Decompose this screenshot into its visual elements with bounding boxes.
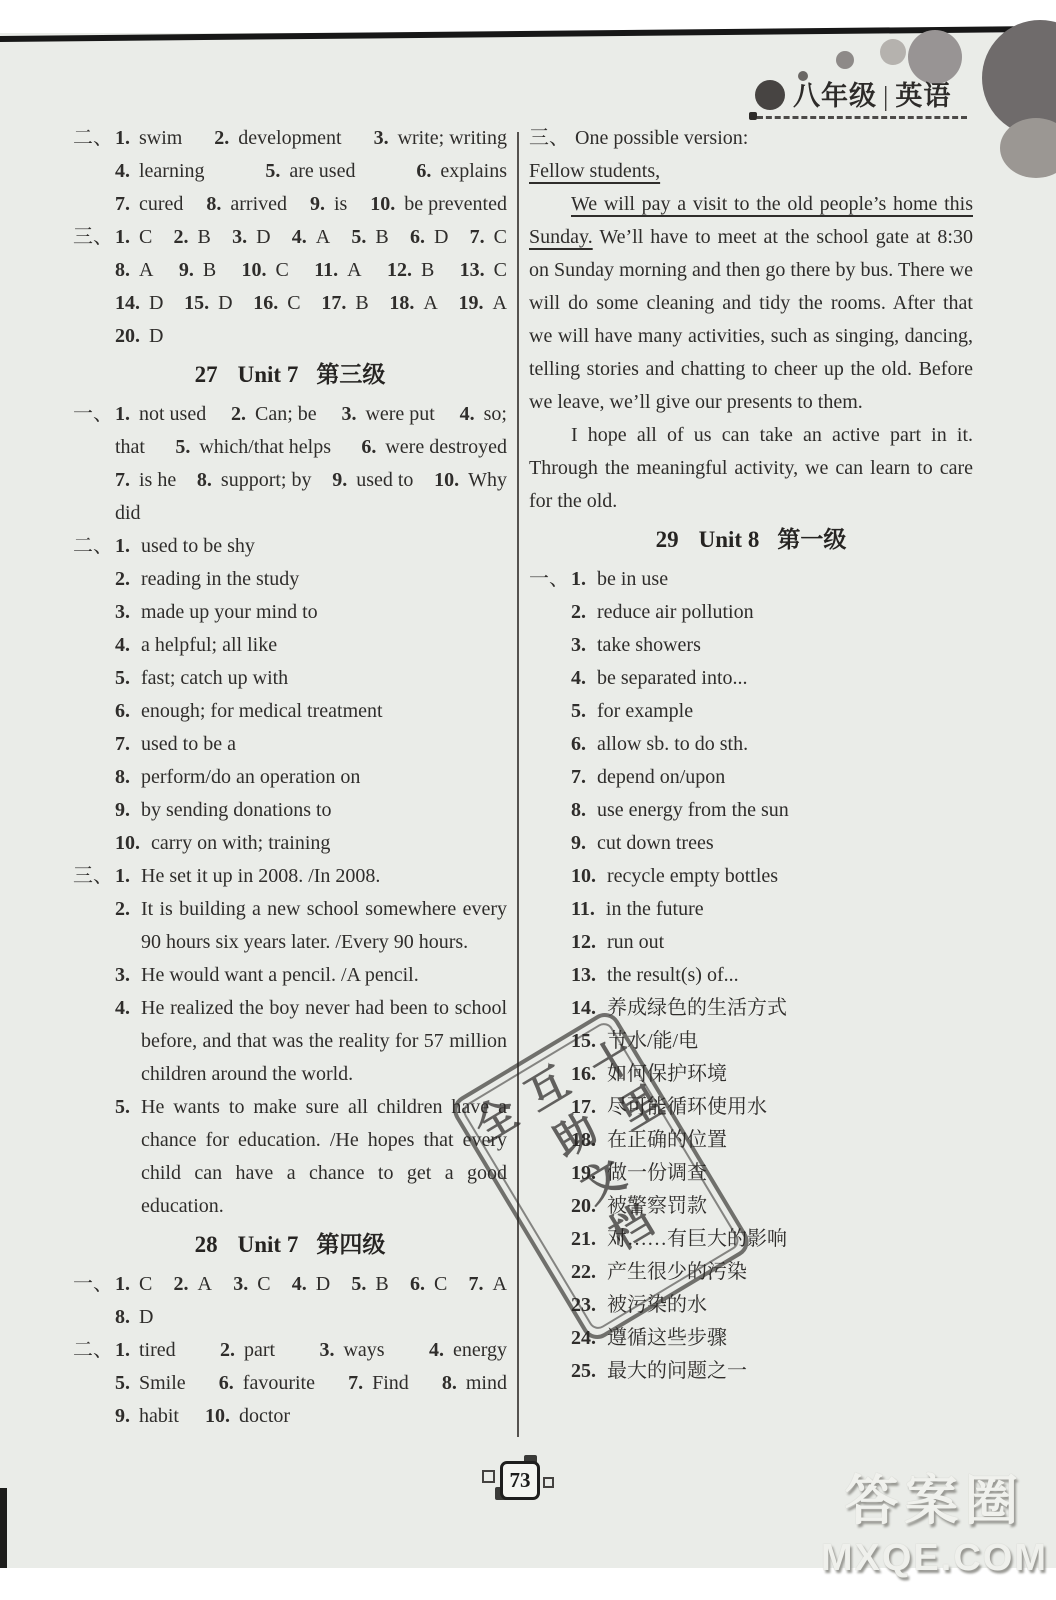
list-item: 6.enough; for medical treatment (115, 695, 507, 728)
answer-token: 3.ways (319, 1334, 384, 1367)
list-item: 5.fast; catch up with (115, 662, 507, 695)
item-number: 6. (410, 1273, 425, 1295)
answer-token: 9.habit (115, 1400, 179, 1433)
circle-decoration-dot (836, 51, 854, 69)
item-number: 3. (233, 1273, 248, 1295)
item-number: 1. (115, 1339, 130, 1361)
answer-line: 7.is he8.support; by9.used to10.Why (115, 464, 507, 497)
answer-token: 10.doctor (205, 1400, 290, 1433)
item-number: 8. (115, 1306, 130, 1328)
section-title: Unit 7 (238, 362, 299, 387)
answer-text: energy (453, 1339, 507, 1361)
answer-text: D (149, 292, 163, 314)
list-item: 7.used to be a (115, 728, 507, 761)
item-number: 15. (184, 292, 209, 314)
item-number: 5. (351, 1273, 366, 1295)
section-heading: 29Unit 8第一级 (529, 523, 973, 556)
item-number: 5. (115, 662, 130, 695)
answer-block: 三、One possible version: (529, 122, 973, 155)
item-number: 5. (571, 695, 586, 728)
item-number: 1. (115, 403, 130, 425)
section-number: 29 (656, 527, 679, 552)
answer-token: 10.be prevented (370, 188, 507, 221)
answer-token: 7.cured (115, 188, 183, 221)
paragraph: Fellow students, (529, 155, 973, 188)
item-number: 5. (115, 1372, 130, 1394)
item-number: 12. (571, 926, 596, 959)
item-number: 2. (115, 893, 130, 926)
item-text: in the future (606, 893, 973, 926)
item-number: 7. (470, 226, 485, 248)
answer-text: C (494, 226, 507, 248)
item-number: 19. (458, 292, 483, 314)
answer-text: C (276, 259, 289, 281)
answer-line: 9.habit10.doctor (115, 1400, 507, 1433)
page-number-badge: 73 (500, 1461, 540, 1500)
answer-token: 7.A (469, 1268, 507, 1301)
answer-text: arrived (230, 193, 287, 215)
section-marker: 二、 (73, 1334, 113, 1367)
answer-line: 1.not used2.Can; be3.were put4.so; (115, 398, 507, 431)
section-marker: 二、 (73, 122, 113, 155)
item-number: 10. (434, 469, 459, 491)
answer-token: 10.Why (434, 464, 507, 497)
answer-text: B (375, 226, 388, 248)
left-column: 二、1.swim2.development3.write; writing4.l… (73, 122, 507, 1433)
item-text: It is building a new school somewhere ev… (141, 893, 507, 959)
answer-text: Can; be (255, 403, 317, 425)
answer-token: 8.support; by (197, 464, 312, 497)
answer-block: 三、1.C2.B3.D4.A5.B6.D7.C8.A9.B10.C11.A12.… (73, 221, 507, 353)
answer-text: so; (484, 403, 507, 425)
list-item: 2.reduce air pollution (571, 596, 973, 629)
page-number: 73 (510, 1468, 531, 1493)
scan-edge-artifact (0, 1488, 7, 1568)
answer-token: 12.B (387, 254, 434, 287)
answer-text: tired (139, 1339, 176, 1361)
item-number: 8. (115, 259, 130, 281)
paragraph-text: One possible version: (529, 122, 973, 155)
item-number: 5. (351, 226, 366, 248)
item-text: the result(s) of... (607, 959, 973, 992)
column-divider (517, 132, 519, 1437)
paragraph: I hope all of us can take an active part… (529, 419, 973, 518)
item-number: 2. (174, 226, 189, 248)
answer-token: 17.B (321, 287, 368, 320)
item-number: 9. (571, 827, 586, 860)
answer-token: 9.B (179, 254, 216, 287)
answer-text: A (347, 259, 361, 281)
item-number: 5. (115, 1091, 130, 1124)
item-number: 2. (571, 596, 586, 629)
answer-token: 7.C (470, 221, 507, 254)
item-number: 4. (571, 662, 586, 695)
list-item: 3.made up your mind to (115, 596, 507, 629)
section-marker: 三、 (529, 122, 569, 155)
answer-text: D (256, 226, 270, 248)
answer-text: that (115, 436, 145, 458)
answer-text: Why (468, 469, 507, 491)
answer-line: did (115, 497, 507, 530)
answer-token: 15.D (184, 287, 232, 320)
item-number: 3. (115, 959, 130, 992)
answer-text: B (198, 226, 211, 248)
item-number: 6. (416, 160, 431, 182)
item-number: 8. (115, 761, 130, 794)
item-number: 7. (115, 193, 130, 215)
answer-token: 4.A (292, 221, 330, 254)
item-number: 7. (571, 761, 586, 794)
item-text: fast; catch up with (141, 662, 507, 695)
answer-block: 二、1.used to be shy2.reading in the study… (73, 530, 507, 860)
answer-block: 一、1.not used2.Can; be3.were put4.so;that… (73, 398, 507, 530)
answer-line: 5.Smile6.favourite7.Find8.mind (115, 1367, 507, 1400)
answer-text: D (316, 1273, 330, 1295)
answer-token: 9.is (310, 188, 347, 221)
item-number: 9. (179, 259, 194, 281)
answer-text: C (139, 226, 152, 248)
answer-token: 1.tired (115, 1334, 176, 1367)
answer-text: write; writing (398, 127, 507, 149)
section-marker: 二、 (73, 530, 113, 563)
list-item: 10.carry on with; training (115, 827, 507, 860)
answer-token: 8.A (115, 254, 153, 287)
item-number: 4. (115, 629, 130, 662)
item-number: 3. (571, 629, 586, 662)
section-marker: 三、 (73, 860, 113, 893)
header-bullet-circle (755, 80, 785, 110)
answer-text: development (238, 127, 341, 149)
answer-block: 二、1.swim2.development3.write; writing4.l… (73, 122, 507, 221)
answer-text: C (434, 1273, 447, 1295)
watermark-site: MXQE.COM (821, 1537, 1048, 1580)
item-number: 10. (571, 860, 596, 893)
item-text: 遵循这些步骤 (607, 1322, 973, 1355)
answer-token: 8.arrived (206, 188, 287, 221)
item-number: 9. (115, 794, 130, 827)
section-marker: 三、 (73, 221, 113, 254)
item-number: 1. (115, 226, 130, 248)
answer-items: 1.He set it up in 2008. /In 2008.2.It is… (73, 860, 507, 1223)
answer-token: 5.which/that helps (175, 431, 331, 464)
item-text: cut down trees (597, 827, 973, 860)
answer-token: 5.Smile (115, 1367, 186, 1400)
answer-token: 13.C (460, 254, 507, 287)
item-number: 7. (348, 1372, 363, 1394)
answer-text: support; by (221, 469, 312, 491)
answer-text: D (434, 226, 448, 248)
answer-token: 4.learning (115, 155, 205, 188)
section-number: 28 (195, 1232, 218, 1257)
answer-text: part (244, 1339, 275, 1361)
item-number: 10. (370, 193, 395, 215)
answer-lines: 1.swim2.development3.write; writing4.lea… (73, 122, 507, 221)
answer-text: were destroyed (385, 436, 507, 458)
item-number: 4. (115, 992, 130, 1025)
answer-text: is he (139, 469, 176, 491)
item-number: 3. (115, 596, 130, 629)
item-text: He would want a pencil. /A pencil. (141, 959, 507, 992)
item-text: 节水/能/电 (607, 1025, 973, 1058)
watermark-brand: 答案圈 (821, 1458, 1048, 1535)
answer-text: which/that helps (199, 436, 331, 458)
item-number: 10. (242, 259, 267, 281)
item-number: 16. (253, 292, 278, 314)
section-level: 第四级 (316, 1232, 385, 1257)
answer-token: 3.D (232, 221, 270, 254)
item-text: He realized the boy never had been to sc… (141, 992, 507, 1091)
header-subject-label: 英语 (895, 81, 951, 111)
answer-text: A (198, 1273, 212, 1295)
answer-text: did (115, 502, 141, 524)
item-number: 1. (115, 1273, 130, 1295)
answer-token: 5.B (351, 221, 388, 254)
item-number: 10. (115, 827, 140, 860)
answer-line: 8.A9.B10.C11.A12.B13.C (115, 254, 507, 287)
answer-text: B (355, 292, 368, 314)
answer-block: 一、1.C2.A3.C4.D5.B6.C7.A8.D (73, 1268, 507, 1334)
answer-line: that5.which/that helps6.were destroyed (115, 431, 507, 464)
answer-text: A (316, 226, 330, 248)
item-text: enough; for medical treatment (141, 695, 507, 728)
item-text: perform/do an operation on (141, 761, 507, 794)
item-number: 3. (319, 1339, 334, 1361)
paragraph-text: Fellow students, (529, 160, 660, 182)
section-marker: 一、 (73, 398, 113, 431)
item-number: 11. (571, 893, 595, 926)
answer-token: 3.C (233, 1268, 270, 1301)
item-text: made up your mind to (141, 596, 507, 629)
answer-token: 20.D (115, 320, 163, 353)
list-item: 11.in the future (571, 893, 973, 926)
item-number: 3. (232, 226, 247, 248)
answer-token: 2.A (174, 1268, 212, 1301)
answer-text: Smile (139, 1372, 186, 1394)
header-dashed-underline (757, 116, 967, 119)
answer-lines: 1.C2.B3.D4.A5.B6.D7.C8.A9.B10.C11.A12.B1… (73, 221, 507, 353)
answer-text: swim (139, 127, 182, 149)
paragraph: We will pay a visit to the old people’s … (529, 188, 973, 419)
answer-line: 20.D (115, 320, 507, 353)
answer-items: 1.used to be shy2.reading in the study3.… (73, 530, 507, 860)
answer-token: 6.D (410, 221, 448, 254)
item-text: be separated into... (597, 662, 973, 695)
answer-token: 6.C (410, 1268, 447, 1301)
answer-text: B (421, 259, 434, 281)
item-text: He set it up in 2008. /In 2008. (141, 860, 507, 893)
header-separator: | (877, 81, 895, 111)
item-number: 3. (374, 127, 389, 149)
section-title: Unit 8 (699, 527, 760, 552)
answer-text: not used (139, 403, 206, 425)
item-text: take showers (597, 629, 973, 662)
item-number: 6. (115, 695, 130, 728)
list-item: 8.perform/do an operation on (115, 761, 507, 794)
item-number: 1. (571, 563, 586, 596)
answer-token: 2.development (214, 122, 341, 155)
answer-token: 2.part (220, 1334, 275, 1367)
answer-text: C (287, 292, 300, 314)
paragraph-text: We’ll have to meet at the school gate at… (529, 226, 973, 413)
list-item: 9.cut down trees (571, 827, 973, 860)
answer-text: mind (466, 1372, 507, 1394)
item-text: carry on with; training (151, 827, 507, 860)
section-heading: 27Unit 7第三级 (73, 358, 507, 391)
item-text: reading in the study (141, 563, 507, 596)
answer-token: 6.were destroyed (361, 431, 507, 464)
answer-text: explains (440, 160, 507, 182)
item-number: 4. (292, 226, 307, 248)
circle-decoration-small (880, 39, 906, 65)
list-item: 8.use energy from the sun (571, 794, 973, 827)
answer-token: 1.swim (115, 122, 182, 155)
item-text: depend on/upon (597, 761, 973, 794)
answer-text: B (203, 259, 216, 281)
item-number: 11. (314, 259, 338, 281)
item-text: for example (597, 695, 973, 728)
item-number: 6. (410, 226, 425, 248)
answer-token: 4.D (292, 1268, 330, 1301)
item-text: 最大的问题之一 (607, 1355, 973, 1388)
item-number: 18. (389, 292, 414, 314)
answer-token: 19.A (458, 287, 506, 320)
header-grade-label: 八年级 (793, 81, 877, 111)
answer-lines: 1.not used2.Can; be3.were put4.so;that5.… (73, 398, 507, 530)
answer-token: 5.are used (265, 155, 355, 188)
answer-block: 二、1.tired2.part3.ways4.energy5.Smile6.fa… (73, 1334, 507, 1433)
item-number: 5. (265, 160, 280, 182)
watermark: 答案圈 MXQE.COM (821, 1458, 1048, 1580)
answer-line: 4.learning5.are used6.explains (115, 155, 507, 188)
section-level: 第三级 (316, 362, 385, 387)
answer-block: Fellow students, (529, 155, 973, 188)
answer-text: habit (139, 1405, 179, 1427)
answer-token: 11.A (314, 254, 361, 287)
item-text: run out (607, 926, 973, 959)
answer-token: 18.A (389, 287, 437, 320)
answer-text: A (423, 292, 437, 314)
item-number: 7. (115, 469, 130, 491)
answer-text: favourite (243, 1372, 315, 1394)
list-item: 2.reading in the study (115, 563, 507, 596)
answer-token: 8.mind (442, 1367, 507, 1400)
answer-token: did (115, 497, 141, 530)
answer-token: 14.D (115, 287, 163, 320)
item-text: reduce air pollution (597, 596, 973, 629)
answer-line: 14.D15.D16.C17.B18.A19.A (115, 287, 507, 320)
list-item: 10.recycle empty bottles (571, 860, 973, 893)
item-text: a helpful; all like (141, 629, 507, 662)
section-heading: 28Unit 7第四级 (73, 1228, 507, 1261)
answer-text: are used (289, 160, 355, 182)
answer-line: 7.cured8.arrived9.is10.be prevented (115, 188, 507, 221)
answer-text: C (494, 259, 507, 281)
item-number: 9. (310, 193, 325, 215)
item-text: 如何保护环境 (607, 1058, 973, 1091)
item-number: 6. (361, 436, 376, 458)
answer-lines: 1.C2.A3.C4.D5.B6.C7.A8.D (73, 1268, 507, 1334)
item-number: 10. (205, 1405, 230, 1427)
list-item: 5.He wants to make sure all children hav… (115, 1091, 507, 1223)
answer-text: C (139, 1273, 152, 1295)
item-number: 12. (387, 259, 412, 281)
section-number: 27 (195, 362, 218, 387)
section-level: 第一级 (777, 527, 846, 552)
answer-text: be prevented (404, 193, 507, 215)
answer-token: 16.C (253, 287, 300, 320)
answer-token: 10.C (242, 254, 289, 287)
answer-text: C (257, 1273, 270, 1295)
item-number: 5. (175, 436, 190, 458)
item-number: 17. (321, 292, 346, 314)
list-item: 4.be separated into... (571, 662, 973, 695)
answer-block: 三、1.He set it up in 2008. /In 2008.2.It … (73, 860, 507, 1223)
item-number: 7. (115, 728, 130, 761)
item-number: 2. (214, 127, 229, 149)
answer-token: 2.B (174, 221, 211, 254)
item-number: 8. (571, 794, 586, 827)
answer-token: 1.C (115, 1268, 152, 1301)
list-item: 7.depend on/upon (571, 761, 973, 794)
item-number: 4. (292, 1273, 307, 1295)
answer-line: 1.C2.B3.D4.A5.B6.D7.C (115, 221, 507, 254)
answer-token: 3.were put (341, 398, 434, 431)
item-text: used to be shy (141, 530, 507, 563)
paragraph-text: I hope all of us can take an active part… (529, 424, 973, 512)
badge-side-square-right (543, 1477, 554, 1488)
item-number: 9. (332, 469, 347, 491)
list-item: 3.He would want a pencil. /A pencil. (115, 959, 507, 992)
answer-token: 5.B (351, 1268, 388, 1301)
item-text: allow sb. to do sth. (597, 728, 973, 761)
answer-block: We will pay a visit to the old people’s … (529, 188, 973, 419)
item-number: 6. (219, 1372, 234, 1394)
item-number: 9. (115, 1405, 130, 1427)
list-item: 6.allow sb. to do sth. (571, 728, 973, 761)
item-number: 2. (115, 563, 130, 596)
list-item: 1.used to be shy (115, 530, 507, 563)
answer-block: I hope all of us can take an active part… (529, 419, 973, 518)
item-text: recycle empty bottles (607, 860, 973, 893)
answer-token: that (115, 431, 145, 464)
list-item: 1.He set it up in 2008. /In 2008. (115, 860, 507, 893)
answer-token: 3.write; writing (374, 122, 507, 155)
answer-token: 7.Find (348, 1367, 409, 1400)
answer-text: A (492, 292, 506, 314)
item-number: 2. (174, 1273, 189, 1295)
item-number: 4. (460, 403, 475, 425)
header-dash-start-dot (749, 112, 757, 120)
item-text: 养成绿色的生活方式 (607, 992, 973, 1025)
item-number: 2. (231, 403, 246, 425)
item-text: used to be a (141, 728, 507, 761)
answer-text: D (149, 325, 163, 347)
item-number: 4. (115, 160, 130, 182)
list-item: 12.run out (571, 926, 973, 959)
answer-text: doctor (239, 1405, 290, 1427)
item-number: 1. (115, 530, 130, 563)
answer-token: 2.Can; be (231, 398, 317, 431)
answer-line: 1.tired2.part3.ways4.energy (115, 1334, 507, 1367)
item-number: 8. (197, 469, 212, 491)
item-number: 1. (115, 860, 130, 893)
answer-text: learning (139, 160, 205, 182)
badge-side-square-left (482, 1470, 495, 1483)
list-item: 13.the result(s) of... (571, 959, 973, 992)
item-text: be in use (597, 563, 973, 596)
answer-text: Find (372, 1372, 409, 1394)
answer-line: 1.C2.A3.C4.D5.B6.C7.A (115, 1268, 507, 1301)
